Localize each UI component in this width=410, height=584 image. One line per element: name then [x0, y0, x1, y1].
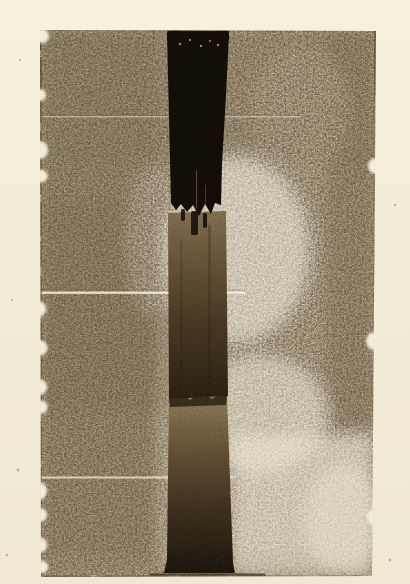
- band-solid-black: [167, 34, 229, 216]
- band-hairline: [205, 185, 206, 210]
- artwork-print: [0, 0, 410, 584]
- print-image: [0, 0, 410, 584]
- printed-field: [29, 15, 385, 580]
- band-hairline: [196, 170, 197, 208]
- center-band-solid-segment: [167, 15, 229, 235]
